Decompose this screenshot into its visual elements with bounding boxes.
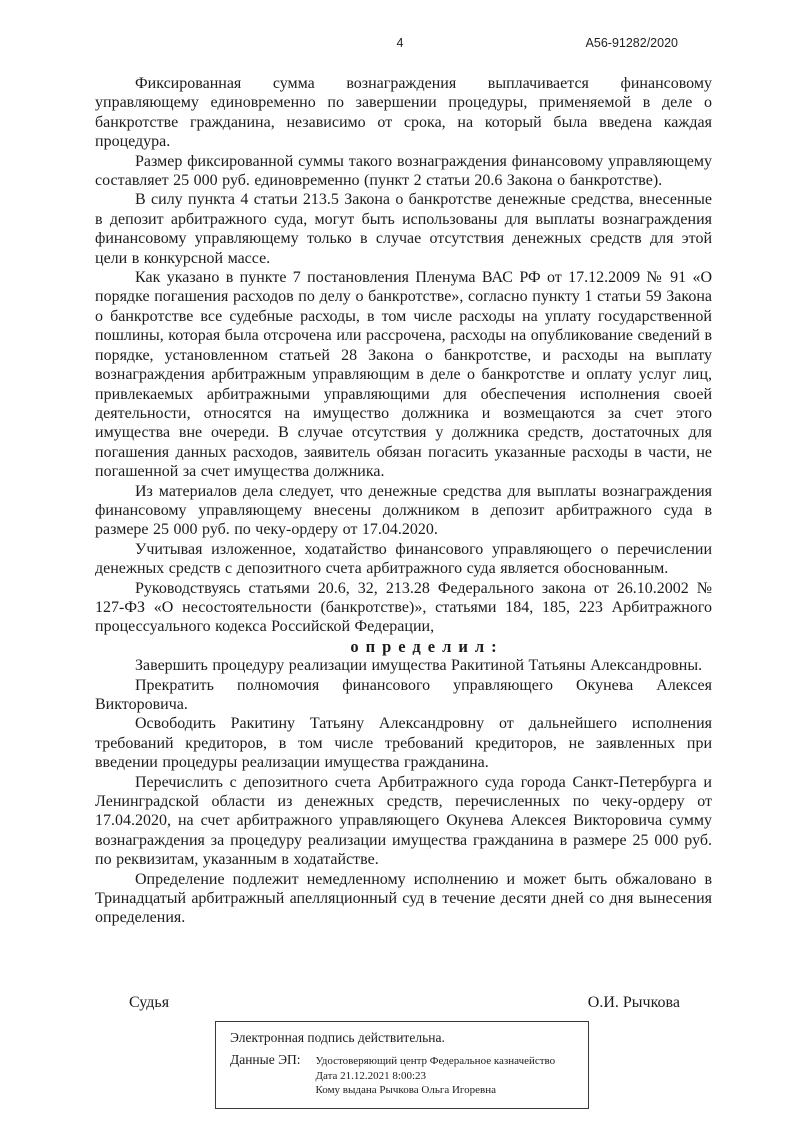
ruling-paragraph: Определение подлежит немедленному исполн… [95, 870, 712, 928]
case-number: А56-91282/2020 [586, 36, 678, 50]
judge-label: Судья [129, 994, 169, 1012]
court-ruling-page: 4 А56-91282/2020 Фиксированная сумма воз… [0, 0, 800, 1131]
electronic-signature-stamp: Электронная подпись действительна. Данны… [215, 1021, 589, 1109]
signature-row: Судья О.И. Рычкова [95, 994, 712, 1012]
stamp-authority: Удостоверяющий центр Федеральное казначе… [316, 1054, 556, 1069]
stamp-title: Электронная подпись действительна. [230, 1030, 578, 1046]
stamp-date: Дата 21.12.2021 8:00:23 [316, 1069, 556, 1084]
ruling-paragraph: Перечислить с депозитного счета Арбитраж… [95, 773, 712, 870]
document-body: Фиксированная сумма вознаграждения выпла… [95, 74, 712, 928]
stamp-data-label: Данные ЭП: [230, 1052, 301, 1098]
stamp-details: Данные ЭП: Удостоверяющий центр Федераль… [230, 1052, 578, 1098]
page-header: 4 А56-91282/2020 [0, 36, 800, 54]
paragraph: Как указано в пункте 7 постановления Пле… [95, 268, 712, 481]
ruling-paragraph: Прекратить полномочия финансового управл… [95, 676, 712, 715]
paragraph: Из материалов дела следует, что денежные… [95, 482, 712, 540]
paragraph: Руководствуясь статьями 20.6, 32, 213.28… [95, 579, 712, 637]
paragraph: В силу пункта 4 статьи 213.5 Закона о ба… [95, 190, 712, 268]
ruling-paragraph: Завершить процедуру реализации имущества… [95, 656, 712, 675]
paragraph: Учитывая изложенное, ходатайство финансо… [95, 540, 712, 579]
judge-name: О.И. Рычкова [588, 994, 680, 1012]
signature-section: Судья О.И. Рычкова Электронная подпись д… [95, 994, 712, 1109]
ruling-heading: определил: [95, 637, 712, 656]
stamp-issued-to: Кому выдана Рычкова Ольга Игоревна [316, 1083, 556, 1098]
paragraph: Размер фиксированной суммы такого вознаг… [95, 152, 712, 191]
paragraph: Фиксированная сумма вознаграждения выпла… [95, 74, 712, 152]
page-number: 4 [0, 36, 800, 50]
stamp-detail-lines: Удостоверяющий центр Федеральное казначе… [316, 1052, 556, 1098]
ruling-paragraph: Освободить Ракитину Татьяну Александровн… [95, 714, 712, 772]
